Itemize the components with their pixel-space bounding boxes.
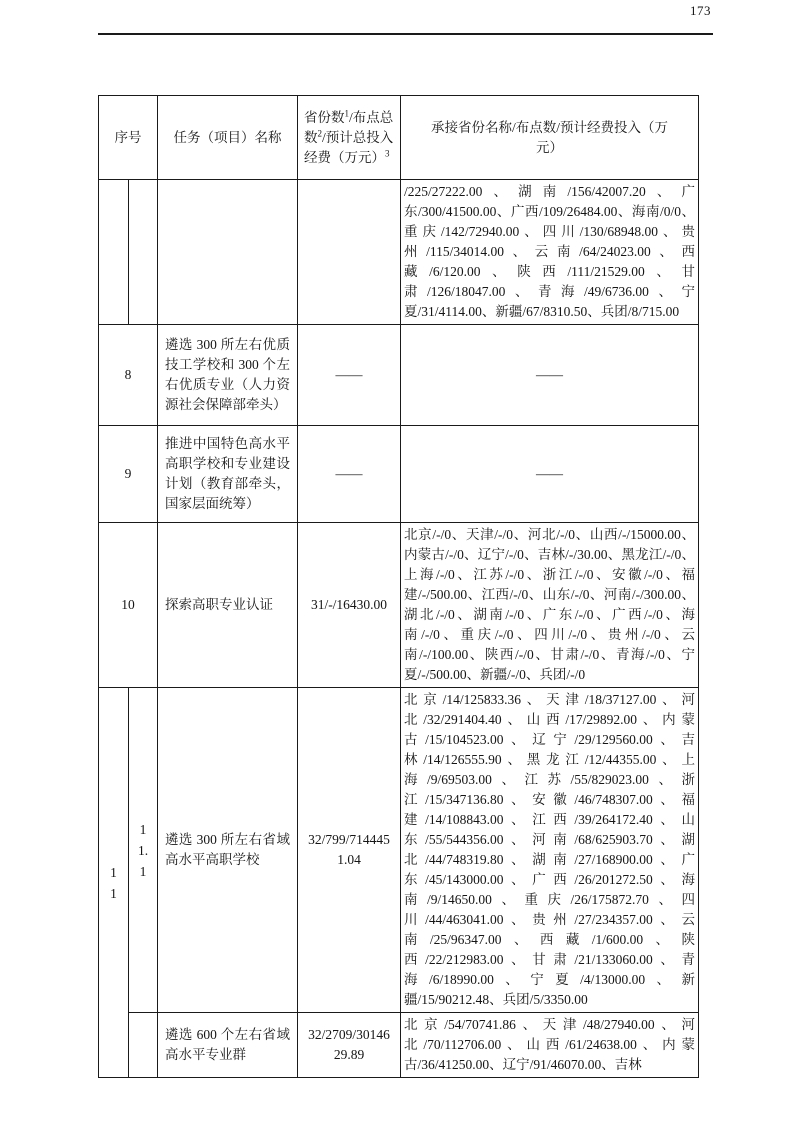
subseq-number: 11.1 (137, 819, 150, 882)
detail-cell: 北京/-/0、天津/-/0、河北/-/0、山西/-/15000.00、内蒙古/-… (401, 523, 699, 688)
seq-number: 11 (108, 862, 120, 904)
seq-cell: 8 (99, 325, 158, 426)
page-number: 173 (690, 3, 711, 19)
total-cell-empty (298, 180, 401, 325)
seq-cell: 9 (99, 426, 158, 523)
task-cell: 遴选 300 所左右优质技工学校和 300 个左右优质专业（人力资源社会保障部牵… (158, 325, 298, 426)
detail-cell: —— (401, 426, 699, 523)
subseq-cell-empty (129, 1013, 158, 1078)
subseq-cell-empty (129, 180, 158, 325)
header-total: 省份数1/布点总数2/预计总投入经费（万元）3 (298, 96, 401, 180)
subseq-cell: 11.1 (129, 688, 158, 1013)
detail-cell: /225/27222.00、湖南/156/42007.20、广东/300/415… (401, 180, 699, 325)
table-header-row: 序号 任务（项目）名称 省份数1/布点总数2/预计总投入经费（万元）3 承接省份… (99, 96, 699, 180)
task-cell: 探索高职专业认证 (158, 523, 298, 688)
footnote-mark-3: 3 (385, 148, 390, 158)
task-cell: 遴选 300 所左右省域高水平高职学校 (158, 688, 298, 1013)
table-row-11-1: 11 11.1 遴选 300 所左右省域高水平高职学校 32/799/71444… (99, 688, 699, 1013)
task-cell: 遴选 600 个左右省域高水平专业群 (158, 1013, 298, 1078)
detail-cell: —— (401, 325, 699, 426)
table-row-continuation: /225/27222.00、湖南/156/42007.20、广东/300/415… (99, 180, 699, 325)
table-row-10: 10 探索高职专业认证 31/-/16430.00 北京/-/0、天津/-/0、… (99, 523, 699, 688)
total-cell: —— (298, 426, 401, 523)
project-funding-table: 序号 任务（项目）名称 省份数1/布点总数2/预计总投入经费（万元）3 承接省份… (98, 95, 699, 1078)
header-detail: 承接省份名称/布点数/预计经费投入（万元） (401, 96, 699, 180)
detail-cell: 北京/54/70741.86、天津/48/27940.00、河北/70/1127… (401, 1013, 699, 1078)
header-task: 任务（项目）名称 (158, 96, 298, 180)
seq-cell-empty (99, 180, 129, 325)
task-cell: 推进中国特色高水平高职学校和专业建设计划（教育部牵头，国家层面统筹） (158, 426, 298, 523)
seq-cell: 10 (99, 523, 158, 688)
header-rule (98, 33, 713, 35)
seq-cell: 11 (99, 688, 129, 1078)
detail-cell: 北京/14/125833.36、天津/18/37127.00、河北/32/291… (401, 688, 699, 1013)
total-cell: 32/2709/3014629.89 (298, 1013, 401, 1078)
total-cell: —— (298, 325, 401, 426)
table-row-9: 9 推进中国特色高水平高职学校和专业建设计划（教育部牵头，国家层面统筹） —— … (99, 426, 699, 523)
header-seq: 序号 (99, 96, 158, 180)
table-row-8: 8 遴选 300 所左右优质技工学校和 300 个左右优质专业（人力资源社会保障… (99, 325, 699, 426)
header-total-part1: 省份数 (304, 110, 345, 125)
document-page: 173 序号 任务（项目）名称 省份数1/布点总数2/预计总投入经费（万元）3 … (0, 0, 793, 1122)
task-cell-empty (158, 180, 298, 325)
total-cell: 31/-/16430.00 (298, 523, 401, 688)
table-row-11-2: 遴选 600 个左右省域高水平专业群 32/2709/3014629.89 北京… (99, 1013, 699, 1078)
total-cell: 32/799/7144451.04 (298, 688, 401, 1013)
